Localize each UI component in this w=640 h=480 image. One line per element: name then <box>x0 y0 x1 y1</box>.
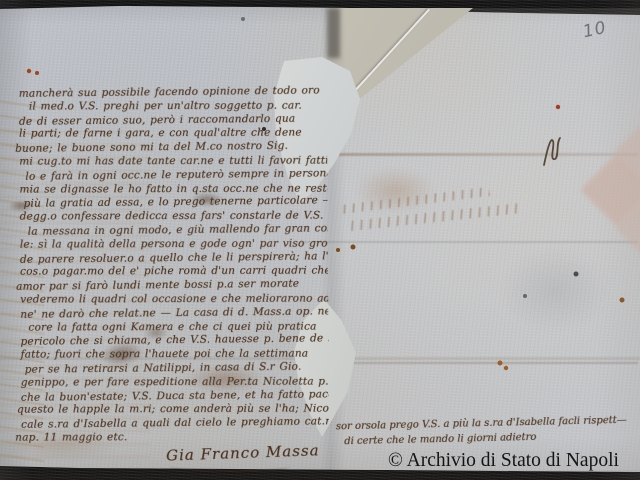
horizontal-crease <box>300 241 638 243</box>
brown-stain <box>355 168 435 213</box>
foxing-specks <box>0 0 2 2</box>
page-gap-shadow <box>327 8 340 58</box>
gray-showthrough-stain <box>500 250 610 330</box>
horizontal-crease <box>332 362 638 364</box>
signature-flourish <box>170 463 290 471</box>
horizontal-crease <box>332 153 638 156</box>
archive-copyright-watermark: © Archivio di Stato di Napoli <box>388 450 619 472</box>
manuscript-body-text: mancherà sua possibile facendo opinione … <box>13 85 330 459</box>
ink-scribble-mark <box>541 134 563 170</box>
manuscript-scan: mancherà sua possibile facendo opinione … <box>0 0 640 480</box>
